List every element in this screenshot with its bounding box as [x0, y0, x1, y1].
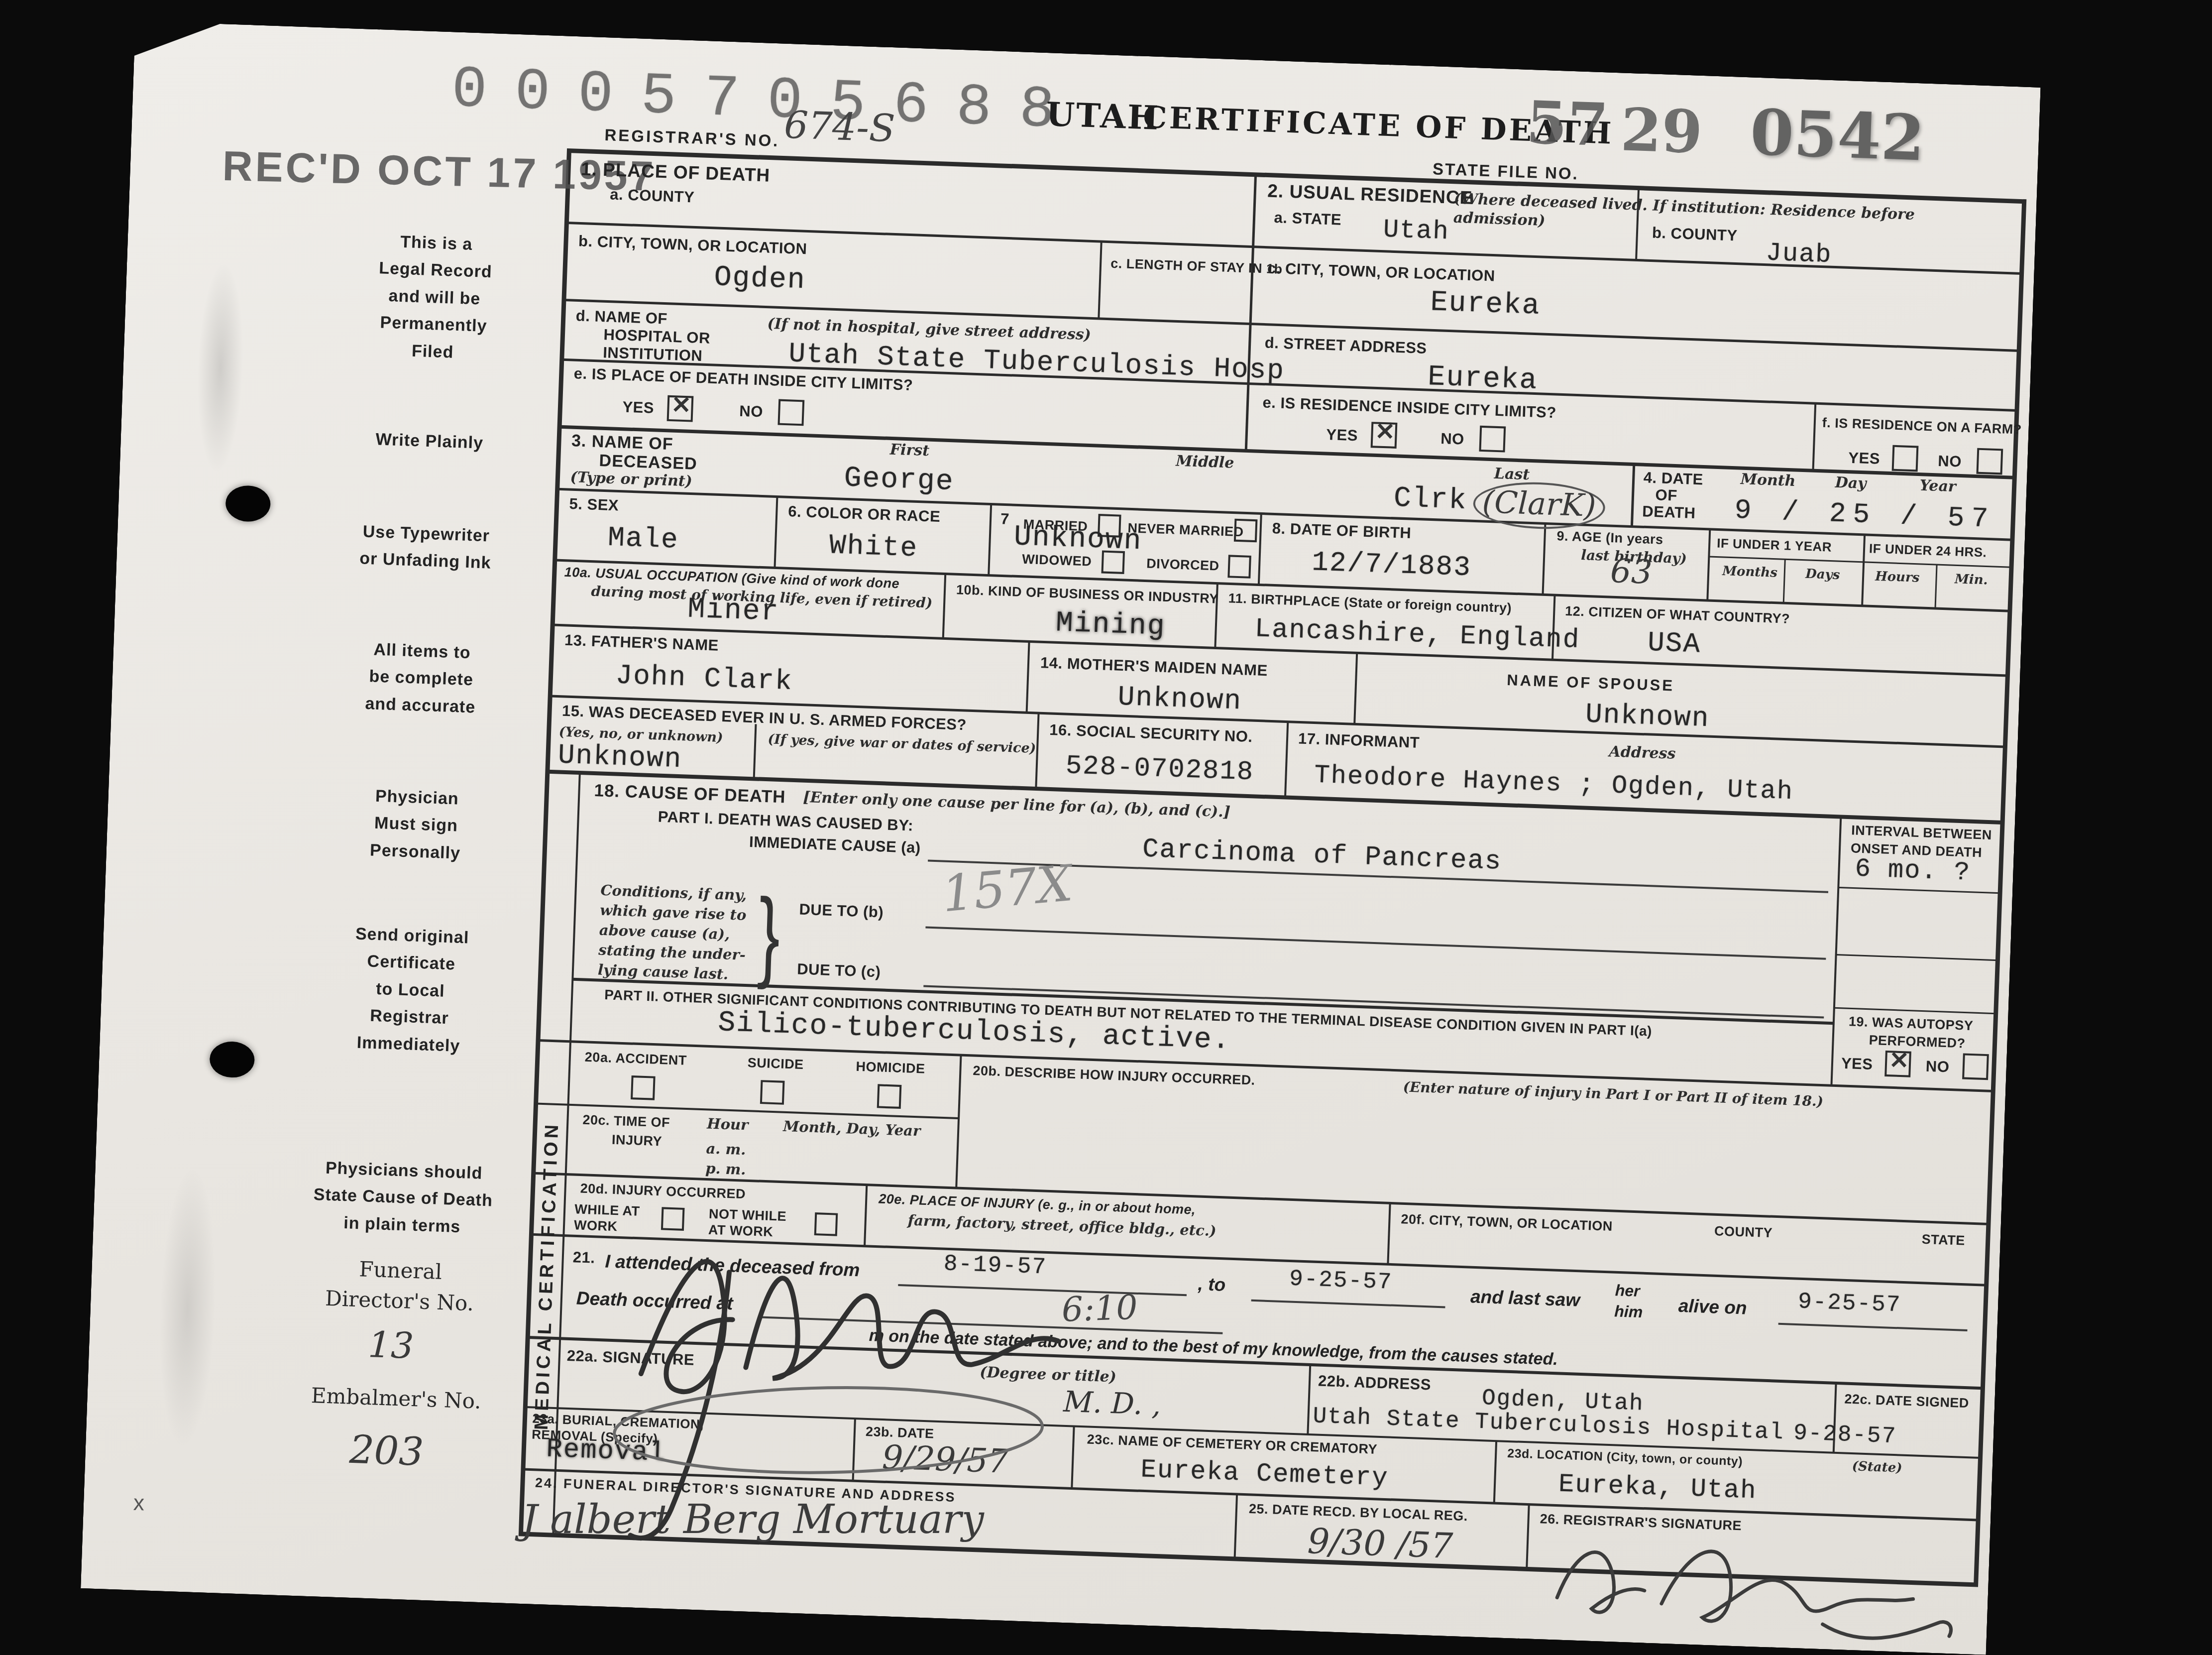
- divorced-label: DIVORCED: [1146, 556, 1220, 574]
- last-name-value: Clrk: [1393, 482, 1467, 517]
- scan-smudge: [155, 1168, 220, 1448]
- never-married-checkbox: [1234, 519, 1258, 543]
- conditions-brace: }: [757, 876, 782, 992]
- residence-city-limits-no-label: NO: [1440, 429, 1465, 449]
- scanned-page-background: 0005705688 REGISTRAR'S NO. 674-S UTAH CE…: [0, 0, 2212, 1617]
- occupation-value: Miner: [687, 593, 779, 628]
- armed-forces-value: Unknown: [557, 739, 682, 776]
- divorced-checkbox: [1227, 555, 1251, 579]
- attended-to-date: 9-25-57: [1289, 1266, 1393, 1295]
- death-certificate-paper: 0005705688 REGISTRAR'S NO. 674-S UTAH CE…: [81, 21, 2041, 1617]
- attended-number: 21.: [572, 1248, 595, 1267]
- conditions-note: Conditions, if any,which gave rise to ab…: [597, 880, 765, 985]
- race-value: White: [829, 529, 918, 564]
- her-him-label: herhim: [1614, 1280, 1644, 1322]
- state-file-stamp-29: 29: [1620, 95, 1704, 167]
- hours-header: Hours: [1875, 569, 1920, 586]
- date-of-death-label-3: DEATH: [1642, 502, 1696, 522]
- suicide-label: SUICIDE: [747, 1055, 804, 1072]
- state-file-stamp-0542: 0542: [1749, 95, 1926, 175]
- margin-plain-terms-note: Physicians shouldState Cause of Death in…: [242, 1152, 563, 1244]
- residence-state-value: Utah: [1383, 215, 1450, 247]
- fathers-name-value: John Clark: [615, 659, 793, 697]
- interval-value: 6 mo. ?: [1855, 854, 1971, 888]
- funeral-directors-no-value: 13: [367, 1323, 415, 1367]
- residence-farm-no-checkbox: [1977, 448, 2003, 475]
- registrars-no-value: 674-S: [783, 103, 896, 151]
- attended-text-3: and last saw: [1470, 1286, 1580, 1311]
- pm-label: p. m.: [705, 1160, 746, 1178]
- first-name-header: First: [889, 441, 929, 460]
- date-received-value: 9/30 /57: [1307, 1521, 1453, 1566]
- first-name-value: George: [844, 462, 955, 498]
- spouse-name-value: Unknown: [1585, 699, 1710, 735]
- residence-city-limits-yes-checkbox: ✕: [1371, 422, 1398, 449]
- date-signed-value: 9-28-57: [1793, 1420, 1897, 1449]
- stray-pencil-mark: x: [133, 1491, 145, 1516]
- time-of-injury-label-1: 20c. TIME OF: [582, 1112, 670, 1131]
- marital-status-value: Unknown: [1013, 521, 1143, 558]
- date-of-birth-value: 12/7/1883: [1311, 546, 1471, 584]
- death-month-header: Month: [1740, 471, 1796, 490]
- embalmers-no-value: 203: [349, 1427, 425, 1475]
- margin-complete-note: All items tobe complete and accurate: [301, 634, 542, 723]
- state-file-stamp-57: 57: [1525, 88, 1609, 160]
- residence-city-value: Eureka: [1430, 286, 1541, 323]
- residence-farm-yes-label: YES: [1848, 449, 1880, 468]
- autopsy-yes-label: YES: [1841, 1054, 1873, 1073]
- margin-legal-record-note: This is aLegal Record and will bePermane…: [313, 226, 556, 369]
- homicide-label: HOMICIDE: [856, 1059, 925, 1077]
- scan-smudge: [194, 262, 246, 473]
- residence-county-label: b. COUNTY: [1652, 224, 1738, 245]
- last-alive-date: 9-25-57: [1797, 1289, 1901, 1318]
- due-to-b-label: DUE TO (b): [799, 900, 884, 922]
- death-day-header: Day: [1835, 474, 1867, 492]
- time-of-injury-label-2: INJURY: [612, 1132, 663, 1150]
- residence-county-value: Juab: [1766, 238, 1833, 270]
- mothers-maiden-name-value: Unknown: [1117, 681, 1242, 717]
- hour-header: Hour: [707, 1115, 749, 1133]
- physician-signature: [600, 1208, 1159, 1576]
- age-value: 63: [1610, 552, 1653, 591]
- hospital-label-3: INSTITUTION: [603, 343, 703, 365]
- attended-text-4: alive on: [1678, 1296, 1747, 1319]
- days-header: Days: [1805, 567, 1840, 583]
- months-header: Months: [1722, 564, 1778, 581]
- residence-farm-no-label: NO: [1938, 452, 1962, 471]
- min-header: Min.: [1955, 572, 1989, 588]
- homicide-checkbox: [877, 1084, 902, 1109]
- industry-value: Mining: [1055, 607, 1166, 643]
- sex-value: Male: [607, 522, 679, 556]
- injury-state-label: STATE: [1921, 1231, 1965, 1249]
- cemetery-location-state-hint: (State): [1852, 1459, 1902, 1475]
- county-of-death-label: a. COUNTY: [610, 185, 695, 206]
- physician-address-label: 22b. ADDRESS: [1318, 1372, 1431, 1394]
- autopsy-yes-checkbox: ✕: [1884, 1051, 1911, 1077]
- pencil-code-157x: 157X: [940, 854, 1075, 923]
- marital-section-number: 7: [1000, 509, 1010, 528]
- residence-city-limits-yes-label: YES: [1326, 425, 1358, 445]
- residence-farm-yes-checkbox: [1892, 445, 1919, 472]
- death-year-header: Year: [1919, 477, 1956, 496]
- am-label: a. m.: [706, 1140, 746, 1158]
- street-address-value: Eureka: [1427, 361, 1538, 397]
- date-of-death-label-2: OF: [1655, 485, 1677, 505]
- due-to-c-label: DUE TO (c): [797, 960, 881, 981]
- injury-county-label: COUNTY: [1714, 1223, 1773, 1241]
- death-city-limits-no-label: NO: [739, 402, 764, 421]
- residence-city-limits-no-checkbox: [1479, 426, 1506, 453]
- hospital-label-1: d. NAME OF: [575, 306, 667, 328]
- attended-text-2: , to: [1198, 1274, 1226, 1296]
- death-city-limits-yes-label: YES: [622, 398, 655, 417]
- suicide-checkbox: [760, 1080, 785, 1105]
- autopsy-label-2: PERFORMED?: [1869, 1032, 1966, 1052]
- funeral-directors-no-label: FuneralDirector's No.: [250, 1251, 551, 1322]
- death-city-limits-no-checkbox: [777, 399, 804, 426]
- last-name-header: Last: [1494, 465, 1530, 483]
- city-of-death-value: Ogden: [714, 261, 806, 297]
- autopsy-no-label: NO: [1925, 1057, 1950, 1076]
- margin-typewriter-note: Use Typewriteror Unfading Ink: [286, 515, 566, 579]
- middle-name-header: Middle: [1176, 453, 1234, 472]
- autopsy-no-checkbox: [1962, 1053, 1989, 1080]
- death-city-limits-yes-checkbox: ✕: [667, 395, 694, 422]
- sex-label: 5. SEX: [569, 494, 619, 515]
- registrar-signature: [1544, 1518, 1976, 1617]
- informant-address-header: Address: [1609, 743, 1676, 763]
- accident-checkbox: [631, 1075, 656, 1100]
- margin-send-original-note: Send originalCertificate to LocalRegistr…: [289, 918, 532, 1062]
- margin-physician-sign-note: PhysicianMust sign Personally: [295, 780, 537, 869]
- citizen-value: USA: [1647, 627, 1701, 661]
- residence-state-label: a. STATE: [1274, 208, 1342, 229]
